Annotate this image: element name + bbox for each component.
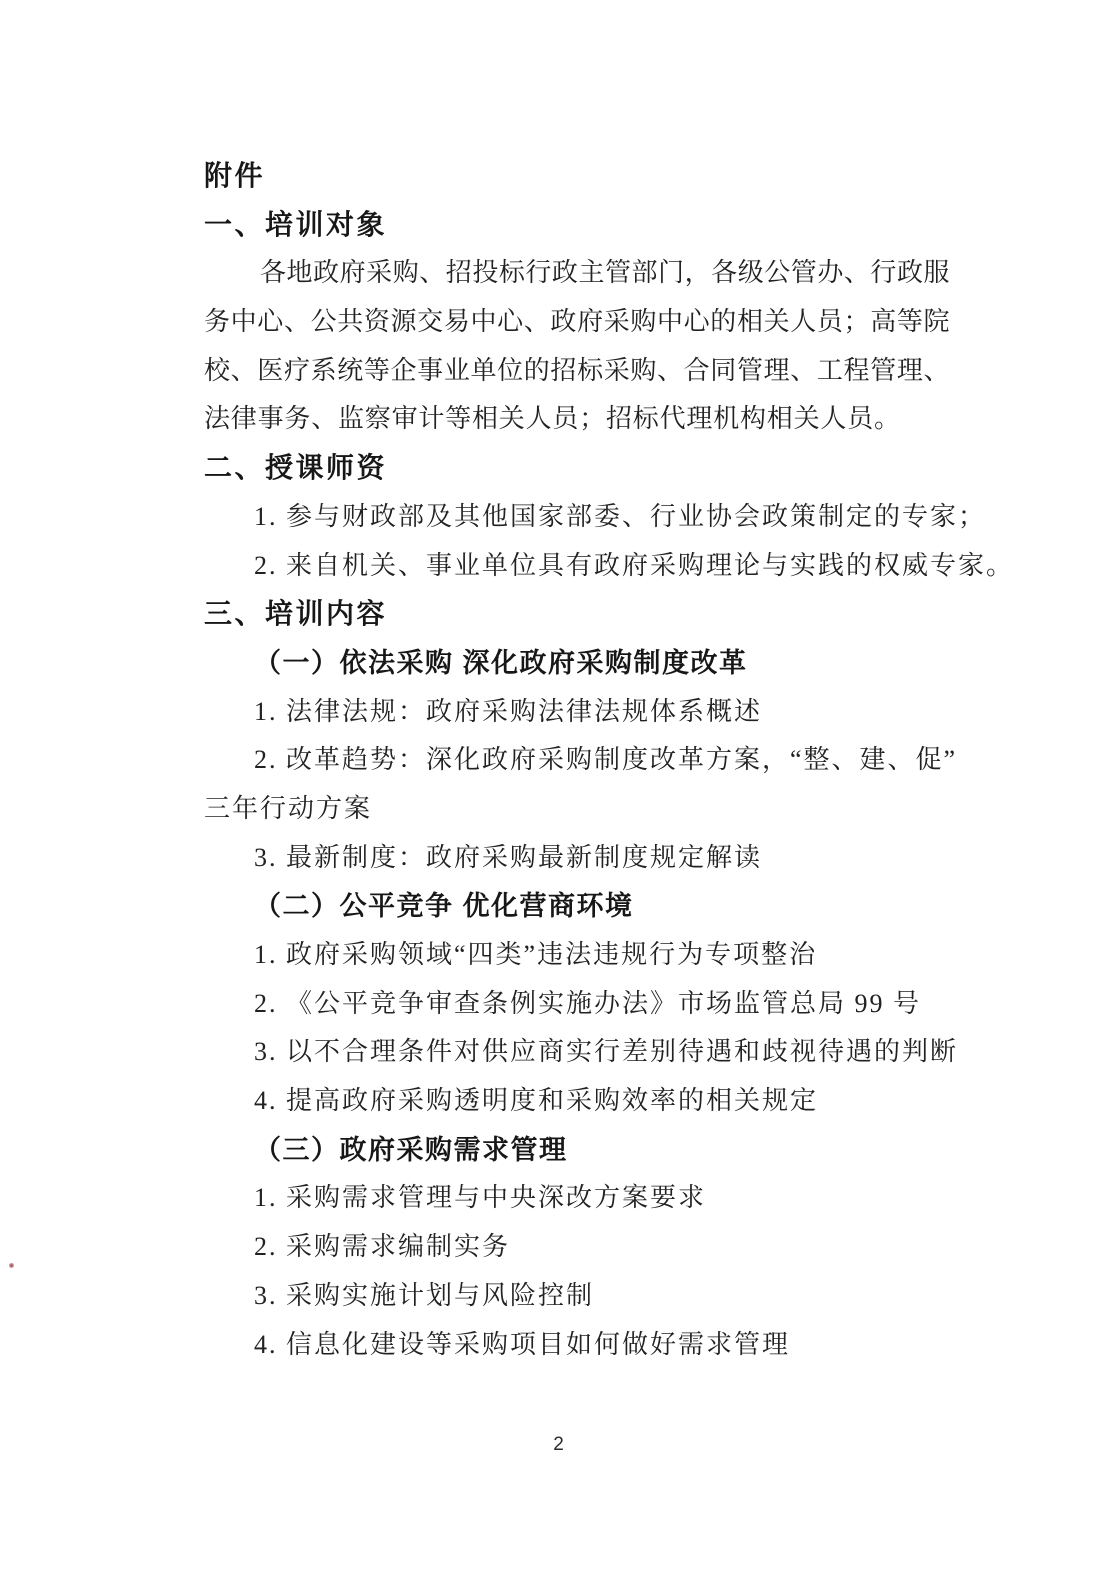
doc-line-h1: 三、培训内容	[204, 590, 950, 639]
page-number: 2	[0, 1434, 1117, 1456]
scan-speck-artifact	[9, 1263, 14, 1268]
doc-line-h2: （二）公平竞争 优化营商环境	[204, 882, 950, 931]
doc-line-item: 2. 改革趋势：深化政府采购制度改革方案，“整、建、促”	[204, 736, 950, 785]
doc-line-item: 3. 以不合理条件对供应商实行差别待遇和歧视待遇的判断	[204, 1028, 950, 1077]
doc-line-h1: 二、授课师资	[204, 444, 950, 493]
doc-line-item: 2. 来自机关、事业单位具有政府采购理论与实践的权威专家。	[204, 542, 950, 591]
doc-line-item: 1. 政府采购领域“四类”违法违规行为专项整治	[204, 931, 950, 980]
doc-line-item: 4. 提高政府采购透明度和采购效率的相关规定	[204, 1077, 950, 1126]
doc-line-item: 3. 最新制度：政府采购最新制度规定解读	[204, 834, 950, 883]
doc-line-item: 1. 采购需求管理与中央深改方案要求	[204, 1174, 950, 1223]
doc-line-h2: （一）依法采购 深化政府采购制度改革	[204, 639, 950, 688]
doc-line-cont: 三年行动方案	[204, 785, 950, 834]
doc-line-h2: （三）政府采购需求管理	[204, 1126, 950, 1175]
document-body: 附件一、培训对象各地政府采购、招投标行政主管部门，各级公管办、行政服务中心、公共…	[204, 152, 950, 1369]
doc-line-attachment: 附件	[204, 152, 950, 201]
doc-line-para: 校、医疗系统等企事业单位的招标采购、合同管理、工程管理、	[204, 347, 950, 396]
scanned-document-page: 附件一、培训对象各地政府采购、招投标行政主管部门，各级公管办、行政服务中心、公共…	[0, 0, 1117, 1579]
doc-line-item: 1. 法律法规：政府采购法律法规体系概述	[204, 688, 950, 737]
doc-line-item: 3. 采购实施计划与风险控制	[204, 1272, 950, 1321]
doc-line-para: 务中心、公共资源交易中心、政府采购中心的相关人员；高等院	[204, 298, 950, 347]
doc-line-item: 2. 采购需求编制实务	[204, 1223, 950, 1272]
doc-line-para-end: 法律事务、监察审计等相关人员；招标代理机构相关人员。	[204, 395, 950, 444]
doc-line-item: 1. 参与财政部及其他国家部委、行业协会政策制定的专家；	[204, 493, 950, 542]
doc-line-h1: 一、培训对象	[204, 201, 950, 250]
doc-line-para-first: 各地政府采购、招投标行政主管部门，各级公管办、行政服	[204, 249, 950, 298]
doc-line-item: 2. 《公平竞争审查条例实施办法》市场监管总局 99 号	[204, 980, 950, 1029]
doc-line-item: 4. 信息化建设等采购项目如何做好需求管理	[204, 1321, 950, 1370]
